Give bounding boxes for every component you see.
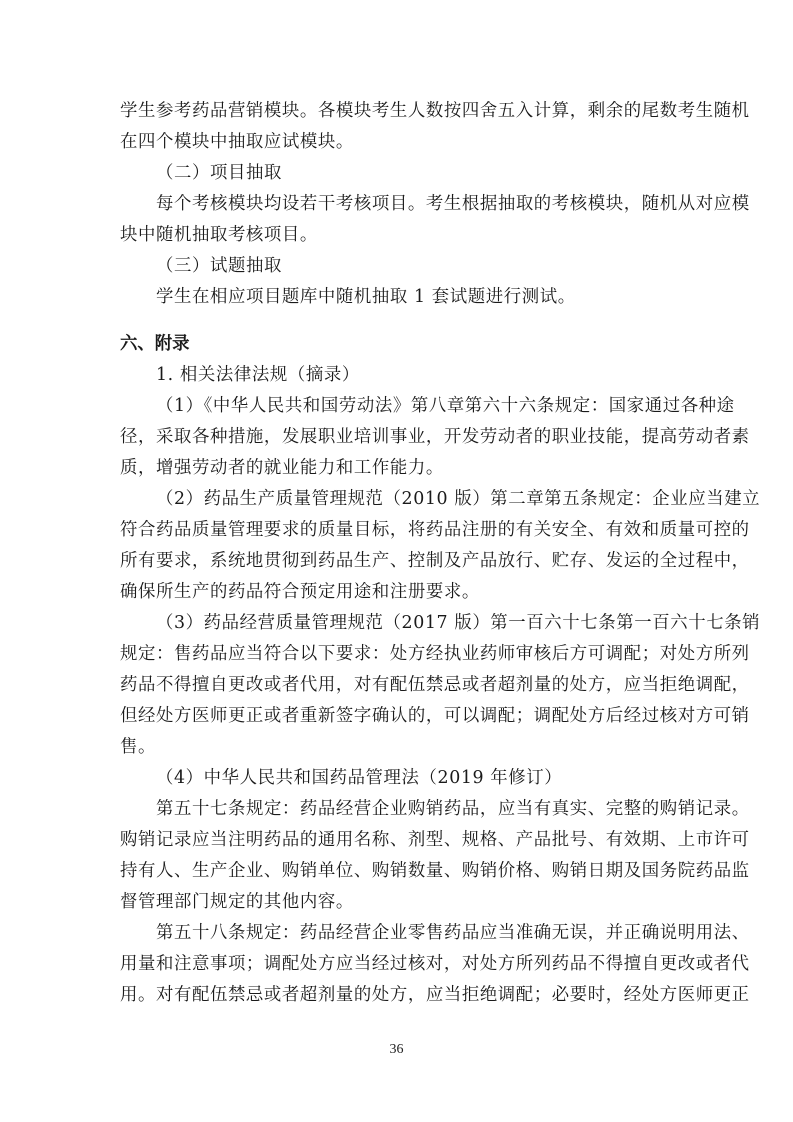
text-line: 确保所生产的药品符合预定用途和注册要求。 — [120, 577, 673, 608]
text-line: （3）药品经营质量管理规范（2017 版）第一百六十七条第一百六十七条销 — [120, 608, 673, 639]
text-line: 符合药品质量管理要求的质量目标，将药品注册的有关安全、有效和质量可控的 — [120, 515, 673, 546]
text-line: 在四个模块中抽取应试模块。 — [120, 127, 673, 158]
paragraph-gsp-2017: （3）药品经营质量管理规范（2017 版）第一百六十七条第一百六十七条销 规定：… — [120, 608, 673, 763]
page-number: 36 — [0, 1042, 793, 1058]
text-line: 用。对有配伍禁忌或者超剂量的处方，应当拒绝调配；必要时，经处方医师更正 — [120, 980, 673, 1011]
paragraph-article-57: 第五十七条规定：药品经营企业购销药品，应当有真实、完整的购销记录。 购销记录应当… — [120, 794, 673, 918]
document-page: 学生参考药品营销模块。各模块考生人数按四舍五入计算，剩余的尾数考生随机 在四个模… — [120, 96, 673, 1011]
paragraph-article-58: 第五十八条规定：药品经营企业零售药品应当准确无误，并正确说明用法、 用量和注意事… — [120, 918, 673, 1011]
text-line: 质，增强劳动者的就业能力和工作能力。 — [120, 453, 673, 484]
text-line: 学生参考药品营销模块。各模块考生人数按四舍五入计算，剩余的尾数考生随机 — [120, 96, 673, 127]
text-line: 每个考核模块均设若干考核项目。考生根据抽取的考核模块，随机从对应模 — [120, 189, 673, 220]
paragraph-project-draw: 每个考核模块均设若干考核项目。考生根据抽取的考核模块，随机从对应模 块中随机抽取… — [120, 189, 673, 251]
text-line: 块中随机抽取考核项目。 — [120, 220, 673, 251]
text-line: 规定：售药品应当符合以下要求：处方经执业药师审核后方可调配；对处方所列 — [120, 639, 673, 670]
subheading-laws-excerpt: 1. 相关法律法规（摘录） — [120, 360, 673, 391]
subheading-question-draw: （三）试题抽取 — [120, 251, 673, 282]
text-line: 用量和注意事项；调配处方应当经过核对，对处方所列药品不得擅自更改或者代 — [120, 949, 673, 980]
paragraph-gmp-2010: （2）药品生产质量管理规范（2010 版）第二章第五条规定：企业应当建立 符合药… — [120, 484, 673, 608]
text-line: 药品不得擅自更改或者代用，对有配伍禁忌或者超剂量的处方，应当拒绝调配， — [120, 670, 673, 701]
subheading-project-draw: （二）项目抽取 — [120, 158, 673, 189]
text-line: 第五十八条规定：药品经营企业零售药品应当准确无误，并正确说明用法、 — [120, 918, 673, 949]
text-line: 持有人、生产企业、购销单位、购销数量、购销价格、购销日期及国务院药品监 — [120, 856, 673, 887]
paragraph-module-assignment: 学生参考药品营销模块。各模块考生人数按四舍五入计算，剩余的尾数考生随机 在四个模… — [120, 96, 673, 158]
text-line: 售。 — [120, 732, 673, 763]
text-line: 督管理部门规定的其他内容。 — [120, 887, 673, 918]
section-heading-appendix: 六、附录 — [120, 329, 673, 360]
text-line: 所有要求，系统地贯彻到药品生产、控制及产品放行、贮存、发运的全过程中， — [120, 546, 673, 577]
text-line: 购销记录应当注明药品的通用名称、剂型、规格、产品批号、有效期、上市许可 — [120, 825, 673, 856]
text-line: （2）药品生产质量管理规范（2010 版）第二章第五条规定：企业应当建立 — [120, 484, 673, 515]
text-line: 第五十七条规定：药品经营企业购销药品，应当有真实、完整的购销记录。 — [120, 794, 673, 825]
text-line: （1）《中华人民共和国劳动法》第八章第六十六条规定：国家通过各种途 — [120, 391, 673, 422]
text-line: 径，采取各种措施，发展职业培训事业，开发劳动者的职业技能，提高劳动者素 — [120, 422, 673, 453]
subheading-drug-admin-law: （4）中华人民共和国药品管理法（2019 年修订） — [120, 763, 673, 794]
paragraph-question-draw: 学生在相应项目题库中随机抽取 1 套试题进行测试。 — [120, 282, 673, 313]
paragraph-labor-law: （1）《中华人民共和国劳动法》第八章第六十六条规定：国家通过各种途 径，采取各种… — [120, 391, 673, 484]
text-line: 但经处方医师更正或者重新签字确认的，可以调配；调配处方后经过核对方可销 — [120, 701, 673, 732]
